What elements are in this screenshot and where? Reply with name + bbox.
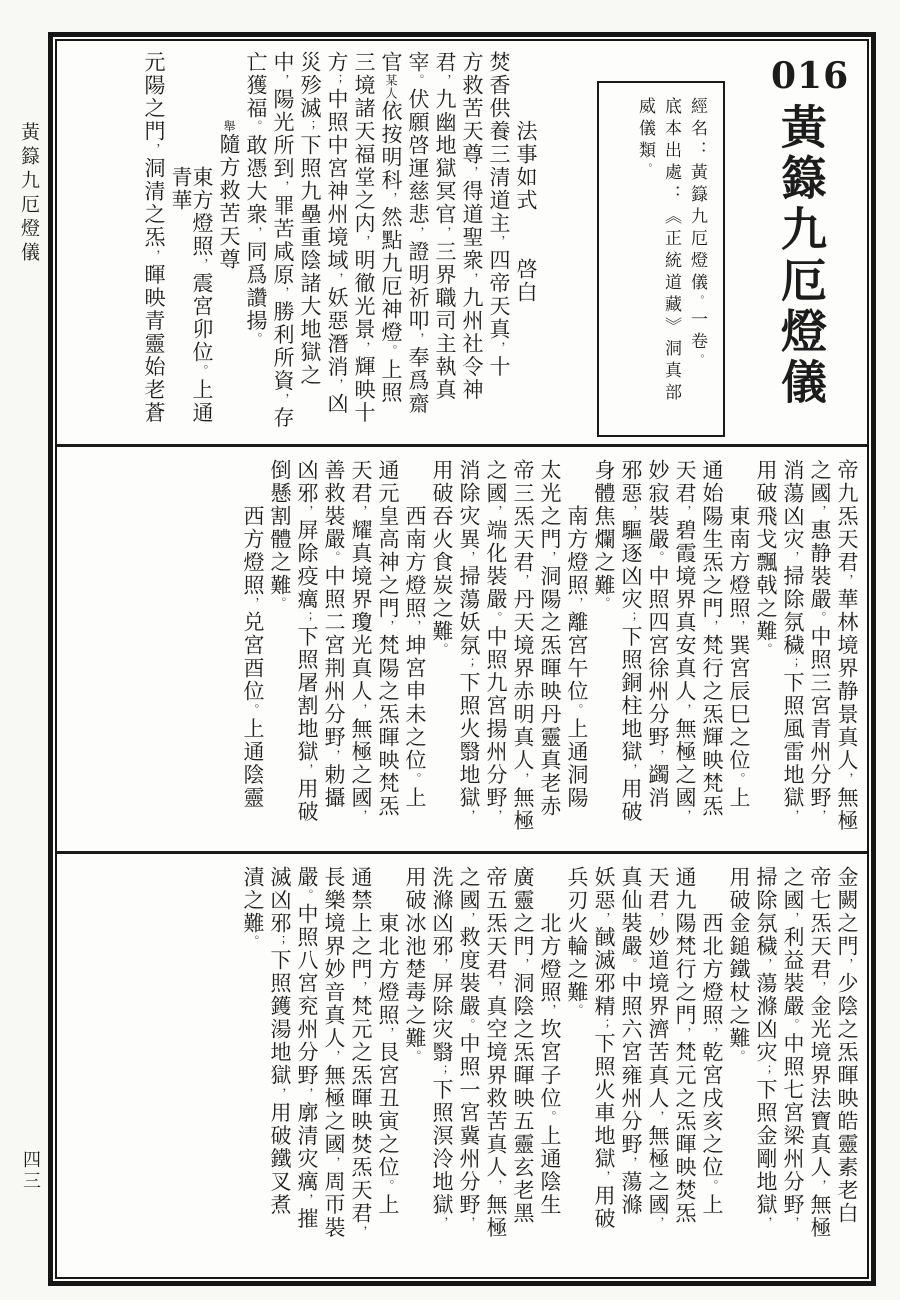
text-column: 倒懸割體之難。 <box>269 459 290 843</box>
scanned-book-page: 黃籙九厄燈儀 四三 016 黃籙九厄燈儀 經名：黃籙九厄燈儀。一卷。 底本出處：… <box>0 0 900 1300</box>
band-invocation: 016 黃籙九厄燈儀 經名：黃籙九厄燈儀。一卷。 底本出處：《正統道藏》洞真部 … <box>57 41 867 447</box>
text-column: 西方燈照，兑宮酉位。上通陰靈 <box>242 459 263 843</box>
page-content: 016 黃籙九厄燈儀 經名：黃籙九厄燈儀。一卷。 底本出處：《正統道藏》洞真部 … <box>57 41 867 1277</box>
text-column: 東方燈照，震宮卯位。上通青華 <box>170 51 212 436</box>
text-column: 之國，利益裝嚴。中照七宮梁州分野， <box>782 866 803 1269</box>
text-column: 金闕之門，少陰之炁暉映皓靈素老白 <box>836 866 857 1269</box>
colophon-line: 經名：黃籙九厄燈儀。一卷。 <box>688 97 705 421</box>
text-column: 兵刃火輪之難。 <box>566 866 587 1269</box>
text-column: 中，陽光所到，罪苦咸原，勝利所資，存 <box>272 51 293 436</box>
text-column: 通元皇高神之門，梵陽之炁暉映梵炁 <box>377 459 398 843</box>
text-column: 廣靈之門，洞陰之炁暉映五靈玄老黑 <box>512 866 533 1269</box>
text-column: 漬之難。 <box>242 866 263 1269</box>
text-column: 妖惡，馘滅邪精；下照火車地獄，用破 <box>593 866 614 1269</box>
folio-page-number: 四三 <box>17 1150 43 1192</box>
text-column: 方；中照中宮神州境域，妖惡潛消，凶 <box>326 51 347 436</box>
text-column: 元陽之門，洞清之炁，暉映青靈始老蒼 <box>143 51 164 436</box>
text-column: 東北方燈照，艮宮丑寅之位。上 <box>377 866 398 1269</box>
text-column: 洗滌凶邪，屏除灾翳；下照溟泠地獄， <box>431 866 452 1269</box>
text-column: 長樂境界妙音真人，無極之國，周帀裝 <box>323 866 344 1269</box>
text-column: 帝三炁天君，丹天境界赤明真人，無極 <box>512 459 533 843</box>
text-column: 太光之門，洞陽之炁暉映丹靈真老赤 <box>539 459 560 843</box>
text-column: 通九陽梵行之門，梵元之炁暉映焚炁 <box>674 866 695 1269</box>
inline-small-note: 某人 <box>384 74 398 100</box>
colophon-line: 威儀類。 <box>636 97 653 421</box>
text-column: 妙寂裝嚴。中照四宮徐州分野，蠲消 <box>647 459 668 843</box>
band-lamps-east-to-west: 帝九炁天君，華林境界静景真人，無極之國，惠静裝嚴。中照三宮青州分野，消蕩凶灾，掃… <box>57 447 867 854</box>
text-columns-band3: 金闕之門，少陰之炁暉映皓靈素老白帝七炁天君，金光境界法寶真人，無極之國，利益裝嚴… <box>67 866 863 1269</box>
text-column: 三境諸天福堂之内，明徹光景，輝映十 <box>353 51 374 436</box>
text-column: 消蕩凶灾，掃除氛穢；下照風雷地獄， <box>782 459 803 843</box>
text-columns-band2: 帝九炁天君，華林境界静景真人，無極之國，惠静裝嚴。中照三宮青州分野，消蕩凶灾，掃… <box>67 459 863 843</box>
text-column: 邪惡，驅逐凶灾；下照銅柱地獄，用破 <box>620 459 641 843</box>
document-number: 016 <box>771 55 829 97</box>
text-column: 方救苦天尊，得道聖衆，九州社令神 <box>461 51 482 436</box>
text-column: 南方燈照，離宮午位。上通洞陽 <box>566 459 587 843</box>
text-column: 用破冰池楚毒之難。 <box>404 866 425 1269</box>
inner-border-frame: 016 黃籙九厄燈儀 經名：黃籙九厄燈儀。一卷。 底本出處：《正統道藏》洞真部 … <box>55 39 869 1279</box>
title-block: 016 黃籙九厄燈儀 <box>771 55 829 409</box>
text-column: 法事如式 啓白 <box>515 51 536 436</box>
text-column: 天君，妙道境界濟苦真人，無極之國， <box>647 866 668 1269</box>
text-column: 帝七炁天君，金光境界法寶真人，無極 <box>809 866 830 1269</box>
text-column: 帝九炁天君，華林境界静景真人，無極 <box>836 459 857 843</box>
text-column: 災殄滅；下照九壘重陰諸大地獄之 <box>299 51 320 436</box>
text-column: 焚香供養三清道主，四帝天真，十 <box>488 51 509 436</box>
text-column: 善救裝嚴。中照二宮荆州分野，勅攝 <box>323 459 344 843</box>
text-column: 嚴。中照八宮兖州分野，廓清灾癘，摧 <box>296 866 317 1269</box>
text-columns-band1: 法事如式 啓白焚香供養三清道主，四帝天真，十方救苦天尊，得道聖衆，九州社令神君，… <box>69 51 542 436</box>
text-column: 用破吞火食炭之難。 <box>431 459 452 843</box>
outer-border-frame: 016 黃籙九厄燈儀 經名：黃籙九厄燈儀。一卷。 底本出處：《正統道藏》洞真部 … <box>48 32 876 1286</box>
page-title: 黃籙九厄燈儀 <box>771 103 829 409</box>
text-column: 通始陽生炁之門，梵行之炁輝映梵炁 <box>701 459 722 843</box>
text-column: 之國，救度裝嚴。中照一宮冀州分野， <box>458 866 479 1269</box>
text-column: 官某人依按明科，然點九厄神燈。上照 <box>380 51 401 436</box>
text-column: 君，九幽地獄冥官，三界職司主執真 <box>434 51 455 436</box>
band-lamps-northwest-to-northeast: 金闕之門，少陰之炁暉映皓靈素老白帝七炁天君，金光境界法寶真人，無極之國，利益裝嚴… <box>57 854 867 1277</box>
text-column: 西南方燈照，坤宮申未之位。上 <box>404 459 425 843</box>
text-column: 舉隨方救苦天尊 <box>218 51 239 436</box>
colophon-line: 底本出處：《正統道藏》洞真部 <box>662 97 679 421</box>
text-column: 之國，端化裝嚴。中照九宮揚州分野， <box>485 459 506 843</box>
colophon-box: 經名：黃籙九厄燈儀。一卷。 底本出處：《正統道藏》洞真部 威儀類。 <box>597 81 725 437</box>
text-column: 用破飛戈飄戟之難。 <box>755 459 776 843</box>
text-column: 用破金鎚鐵杖之難。 <box>728 866 749 1269</box>
text-column: 宰。伏願啓運慈悲，證明祈叩，奉爲齋 <box>407 51 428 436</box>
text-column: 天君，碧霞境界真安真人，無極之國， <box>674 459 695 843</box>
text-column: 天君，耀真境界瓊光真人，無極之國， <box>350 459 371 843</box>
text-column: 真仙裝嚴。中照六宮雍州分野，蕩滌 <box>620 866 641 1269</box>
text-column: 滅凶邪；下照鑊湯地獄，用破鐵叉煮 <box>269 866 290 1269</box>
text-column: 凶邪，屏除疫癘；下照屠割地獄，用破 <box>296 459 317 843</box>
text-column: 之國，惠静裝嚴。中照三宮青州分野， <box>809 459 830 843</box>
text-column: 通禁上之門，梵元之炁暉映焚炁天君， <box>350 866 371 1269</box>
margin-book-title: 黃籙九厄燈儀 <box>16 122 43 266</box>
text-column: 消除灾異，掃蕩妖氛；下照火翳地獄， <box>458 459 479 843</box>
text-column: 身體焦爛之難。 <box>593 459 614 843</box>
text-column: 東南方燈照，巽宮辰巳之位。上 <box>728 459 749 843</box>
text-column: 帝五炁天君，真空境界救苦真人，無極 <box>485 866 506 1269</box>
text-column: 掃除氛穢，蕩滌凶灾；下照金剛地獄， <box>755 866 776 1269</box>
inline-small-note: 舉 <box>222 120 236 133</box>
text-column: 西北方燈照，乾宮戌亥之位。上 <box>701 866 722 1269</box>
text-column: 北方燈照，坎宮子位。上通陰生 <box>539 866 560 1269</box>
text-column: 亡獲福。敢憑大衆，同爲讚揚。 <box>245 51 266 436</box>
